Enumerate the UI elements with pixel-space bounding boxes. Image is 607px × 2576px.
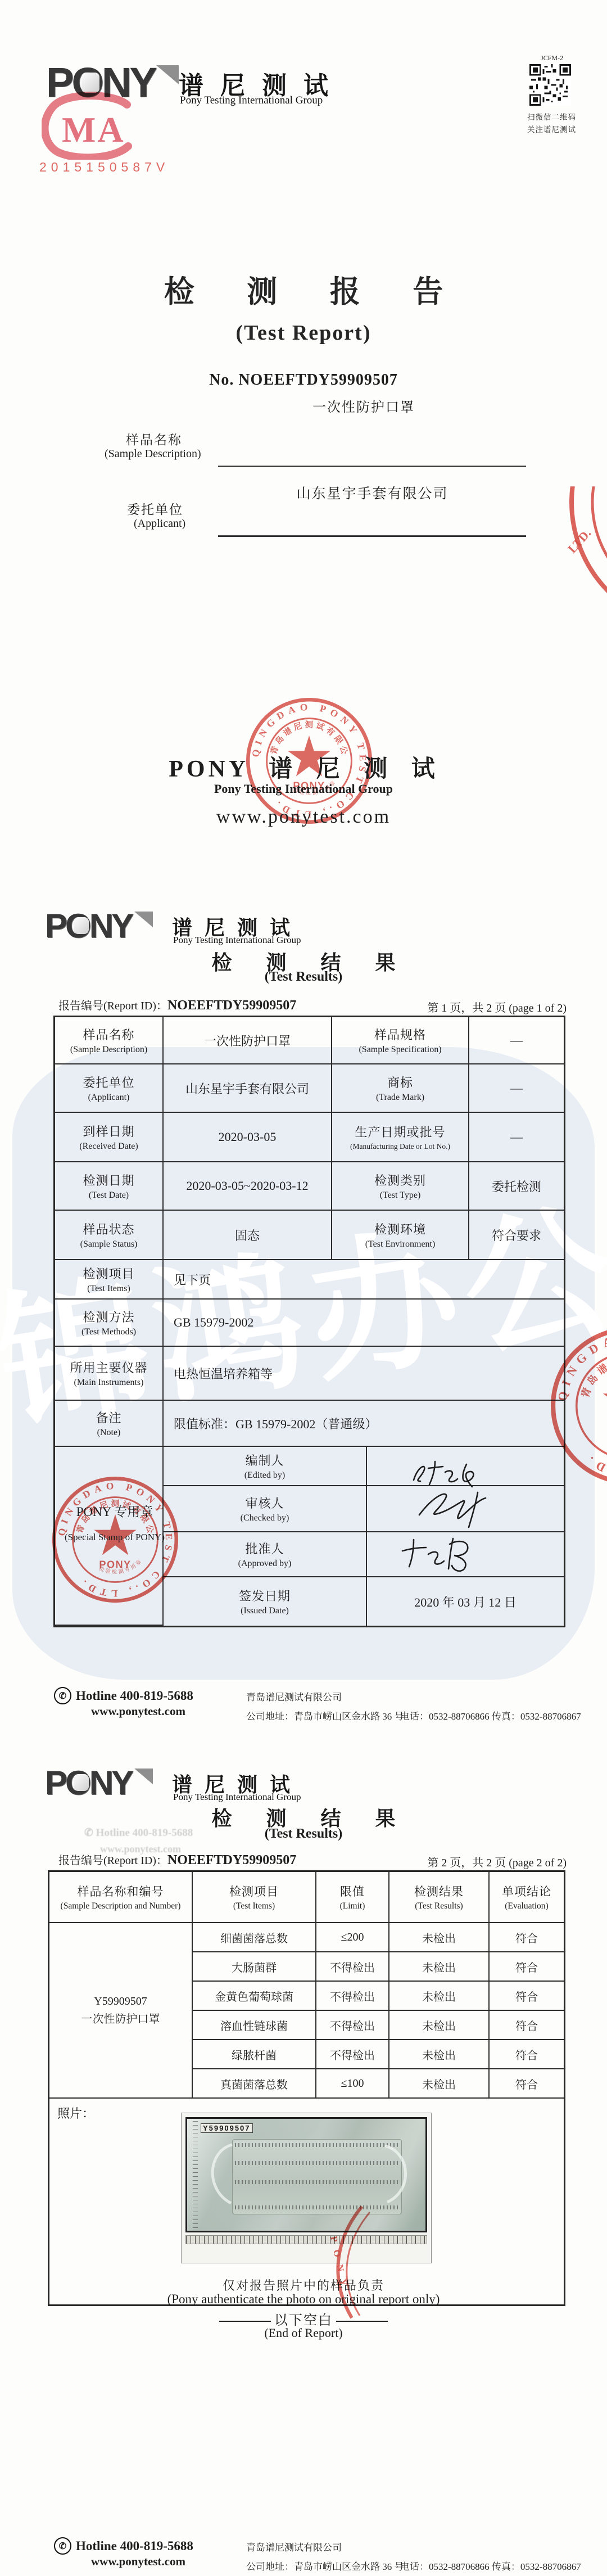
t2-r4-item: 溶血性链球菌 bbox=[193, 2011, 316, 2040]
report-number: No. NOEEFTDY59909507 bbox=[0, 371, 607, 389]
t1-r7-value: GB 15979-2002 bbox=[164, 1300, 564, 1347]
report-id-label: 报告编号(Report ID)： bbox=[58, 1855, 167, 1867]
special-stamp-caption: PONY 专用章 (Special Stamp of PONY) bbox=[58, 1501, 171, 1545]
t2-r2-item: 大肠菌群 bbox=[193, 1952, 316, 1982]
t1-r1-label: 样品名称(Sample Description) bbox=[55, 1017, 164, 1064]
qr-code-icon bbox=[529, 64, 571, 106]
t1-r5-label2: 检测环境(Test Environment) bbox=[332, 1211, 469, 1260]
t2-r6-result: 未检出 bbox=[389, 2069, 490, 2099]
t2-r1-limit: ≤200 bbox=[316, 1923, 389, 1952]
results-title-en-page2: (Test Results) bbox=[0, 969, 607, 985]
signature-checked-by bbox=[415, 1489, 510, 1531]
footer-hotline-text: Hotline 400-819-5688 bbox=[76, 2539, 193, 2554]
t2-r1-result: 未检出 bbox=[389, 1923, 490, 1952]
t2-r6-item: 真菌菌落总数 bbox=[193, 2069, 316, 2099]
applicant-underline bbox=[218, 535, 526, 537]
qr-caption-line2: 关注谱尼测试 bbox=[527, 124, 576, 136]
special-stamp-caption-en: (Special Stamp of PONY) bbox=[58, 1530, 171, 1545]
t2-r3-limit: 不得检出 bbox=[316, 1982, 389, 2011]
report-title-cn: 检 测 报 告 bbox=[0, 268, 607, 311]
photo-caption-en: (Pony authenticate the photo on original… bbox=[0, 2292, 607, 2307]
footer-website: www.ponytest.com bbox=[54, 1704, 223, 1718]
photo-horizontal-ruler bbox=[185, 2235, 427, 2244]
t1-r8-label: 所用主要仪器(Main Instruments) bbox=[55, 1347, 164, 1401]
sample-photo: Y59909507 bbox=[181, 2113, 432, 2263]
t2-r2-result: 未检出 bbox=[389, 1952, 490, 1982]
sample-underline bbox=[218, 466, 526, 467]
footer-company-page2: 青岛谱尼测试有限公司 bbox=[246, 1689, 342, 1703]
footer-hotline: ✆ Hotline 400-819-5688 bbox=[54, 2537, 223, 2555]
t1-r3-label2: 生产日期或批号(Manufacturing Date or Lot No.) bbox=[332, 1113, 469, 1162]
sample-label-cn: 样品名称 bbox=[126, 430, 182, 448]
t2-h3: 限值(Limit) bbox=[316, 1872, 389, 1923]
brand-line-bottom: PONY 谱 尼 测 试 bbox=[0, 750, 607, 784]
signature-edited-by bbox=[406, 1459, 496, 1490]
t1-r1-value2: — bbox=[469, 1017, 564, 1064]
pony-logo-o-hole bbox=[81, 73, 99, 93]
footer-website: www.ponytest.com bbox=[54, 2555, 223, 2569]
sig-r3-label: 批准人(Approved by) bbox=[164, 1532, 367, 1577]
t1-r4-label2: 检测类别(Test Type) bbox=[332, 1162, 469, 1211]
t2-r5-result: 未检出 bbox=[389, 2040, 490, 2069]
applicant-label-cn: 委托单位 bbox=[127, 499, 183, 518]
footer-phone-page3: 电话：0532-88706866 传真：0532-88706867 bbox=[400, 2559, 581, 2573]
t2-r4-eval: 符合 bbox=[490, 2011, 564, 2040]
t2-h5: 单项结论(Evaluation) bbox=[490, 1872, 564, 1923]
signature-approved-by bbox=[397, 1535, 509, 1572]
sig-r4-label: 签发日期(Issued Date) bbox=[164, 1577, 367, 1626]
sig-r2-label: 审核人(Checked by) bbox=[164, 1486, 367, 1532]
special-stamp-caption-cn: PONY 专用章 bbox=[58, 1501, 171, 1520]
t2-r5-item: 绿脓杆菌 bbox=[193, 2040, 316, 2069]
t1-r6-label: 检测项目(Test Items) bbox=[55, 1260, 164, 1300]
test-report-document: QINGDAO PONY TEST CO., LTD. 青岛谱尼测试有限公司 检… bbox=[0, 0, 607, 2576]
t1-r3-value2: — bbox=[469, 1113, 564, 1162]
t1-r4-label: 检测日期(Test Date) bbox=[55, 1162, 164, 1211]
t2-r2-eval: 符合 bbox=[490, 1952, 564, 1982]
photo-label: 照片： bbox=[57, 2104, 94, 2122]
cma-stamp: MA bbox=[42, 91, 137, 160]
t1-r9-value: 限值标准：GB 15979-2002（普通级） bbox=[164, 1401, 564, 1447]
edge-stamp-letters: LTD. bbox=[565, 526, 594, 556]
t2-r3-item: 金黄色葡萄球菌 bbox=[193, 1982, 316, 2011]
form-code: JCFM-2 bbox=[541, 54, 563, 62]
t1-r2-label2: 商标(Trade Mark) bbox=[332, 1064, 469, 1113]
t1-r2-label: 委托单位(Applicant) bbox=[55, 1064, 164, 1113]
dash-rule bbox=[219, 2321, 271, 2322]
report-title-en: (Test Report) bbox=[0, 321, 607, 345]
footer-phone-page2: 电话：0532-88706866 传真：0532-88706867 bbox=[400, 1708, 581, 1722]
t2-r3-eval: 符合 bbox=[490, 1982, 564, 2011]
t1-r3-value: 2020-03-05 bbox=[164, 1113, 332, 1162]
t1-r6-value: 见下页 bbox=[164, 1260, 564, 1300]
photo-stamp-arc: PONY bbox=[308, 2203, 370, 2321]
report-id-line-page2: 报告编号(Report ID)：NOEEFTDY59909507 bbox=[58, 996, 296, 1013]
sample-label-en: (Sample Description) bbox=[105, 448, 201, 461]
brand-subtitle-page3: Pony Testing International Group bbox=[173, 1792, 301, 1803]
pony-round-stamp-right-partial bbox=[548, 1324, 607, 1487]
t1-r1-label2: 样品规格(Sample Specification) bbox=[332, 1017, 469, 1064]
t2-h4: 检测结果(Test Results) bbox=[389, 1872, 490, 1923]
t2-h2: 检测项目(Test Items) bbox=[193, 1872, 316, 1923]
t1-r5-value: 固态 bbox=[164, 1211, 332, 1260]
t1-r2-value: 山东星宇手套有限公司 bbox=[164, 1064, 332, 1113]
photo-sample-tag: Y59909507 bbox=[201, 2123, 253, 2133]
summary-table-grid: 样品名称(Sample Description) 一次性防护口罩 样品规格(Sa… bbox=[55, 1017, 564, 1447]
t1-r3-label: 到样日期(Received Date) bbox=[55, 1113, 164, 1162]
cma-certificate-number: 2015150587V bbox=[39, 160, 169, 175]
footer-page2: ✆ Hotline 400-819-5688 www.ponytest.com bbox=[54, 1687, 223, 1718]
report-id-value: NOEEFTDY59909507 bbox=[167, 998, 296, 1013]
t2-sample-cell: Y59909507 一次性防护口罩 bbox=[49, 1923, 193, 2099]
footer-hotline: ✆ Hotline 400-819-5688 bbox=[54, 1687, 223, 1704]
cma-stamp-text: MA bbox=[62, 110, 125, 150]
t1-r1-value: 一次性防护口罩 bbox=[164, 1017, 332, 1064]
pony-logo-o-hole bbox=[74, 917, 89, 934]
sample-photo-image: Y59909507 bbox=[185, 2117, 427, 2232]
end-of-report: (End of Report) bbox=[0, 2326, 607, 2340]
t1-r8-value: 电热恒温培养箱等 bbox=[164, 1347, 564, 1401]
footer-company-page3: 青岛谱尼测试有限公司 bbox=[246, 2539, 342, 2554]
t2-r5-eval: 符合 bbox=[490, 2040, 564, 2069]
t2-h1: 样品名称和编号(Sample Description and Number) bbox=[49, 1872, 193, 1923]
t2-r2-limit: 不得检出 bbox=[316, 1952, 389, 1982]
t2-r3-result: 未检出 bbox=[389, 1982, 490, 2011]
footer-hotline-text: Hotline 400-819-5688 bbox=[76, 1689, 193, 1703]
qr-caption-line1: 扫微信二维码 bbox=[527, 111, 576, 124]
sig-r1-label: 编制人(Edited by) bbox=[164, 1447, 367, 1486]
brand-subtitle: Pony Testing International Group bbox=[180, 94, 323, 107]
page-info-page3: 第 2 页，共 2 页 (page 2 of 2) bbox=[427, 1853, 567, 1870]
brand-subtitle-page2: Pony Testing International Group bbox=[173, 935, 301, 946]
pony-logo-o-hole bbox=[74, 1774, 89, 1791]
t2-r6-eval: 符合 bbox=[490, 2069, 564, 2099]
t1-r5-label: 样品状态(Sample Status) bbox=[55, 1211, 164, 1260]
edge-stamp-partial: LTD. bbox=[551, 486, 607, 604]
pony-logo-triangle-icon bbox=[134, 1769, 153, 1784]
t1-r5-value2: 符合要求 bbox=[469, 1211, 564, 1260]
footer-page3: ✆ Hotline 400-819-5688 www.ponytest.com bbox=[54, 2537, 223, 2569]
applicant-label-en: (Applicant) bbox=[134, 517, 185, 530]
t2-r6-limit: ≤100 bbox=[316, 2069, 389, 2099]
pony-logo-triangle-icon bbox=[134, 912, 153, 927]
phone-icon: ✆ bbox=[54, 1687, 71, 1704]
qr-caption: 扫微信二维码 关注谱尼测试 bbox=[527, 111, 576, 136]
t2-r1-item: 细菌菌落总数 bbox=[193, 1923, 316, 1952]
t1-r4-value: 2020-03-05~2020-03-12 bbox=[164, 1162, 332, 1211]
t2-r1-eval: 符合 bbox=[490, 1923, 564, 1952]
photo-caption-cn: 仅对报告照片中的样品负责 bbox=[0, 2276, 607, 2294]
report-id-label: 报告编号(Report ID)： bbox=[58, 1000, 167, 1012]
ghost-print-website: www.ponytest.com bbox=[100, 1843, 181, 1855]
t2-r4-result: 未检出 bbox=[389, 2011, 490, 2040]
footer-address-page2: 公司地址：青岛市崂山区金水路 36 号 bbox=[246, 1708, 404, 1722]
t1-r7-label: 检测方法(Test Methods) bbox=[55, 1300, 164, 1347]
t1-r2-value2: — bbox=[469, 1064, 564, 1113]
brand-sub-bottom: Pony Testing International Group bbox=[0, 782, 607, 796]
t1-r4-value2: 委托检测 bbox=[469, 1162, 564, 1211]
t2-r4-limit: 不得检出 bbox=[316, 2011, 389, 2040]
photo-vertical-ruler bbox=[193, 2121, 198, 2228]
report-id-value: NOEEFTDY59909507 bbox=[167, 1853, 296, 1867]
sig-r4-value: 2020 年 03 月 12 日 bbox=[367, 1577, 564, 1626]
pony-logo-triangle-icon bbox=[156, 65, 179, 84]
ghost-print-hotline: ✆ Hotline 400-819-5688 bbox=[84, 1826, 193, 1839]
footer-address-page3: 公司地址：青岛市崂山区金水路 36 号 bbox=[246, 2559, 404, 2573]
website-url: www.ponytest.com bbox=[0, 806, 607, 828]
phone-icon: ✆ bbox=[54, 2537, 71, 2555]
page-info-page2: 第 1 页，共 2 页 (page 1 of 2) bbox=[427, 999, 567, 1015]
applicant-value: 山东星宇手套有限公司 bbox=[219, 482, 526, 503]
t2-r5-limit: 不得检出 bbox=[316, 2040, 389, 2069]
t1-r9-label: 备注(Note) bbox=[55, 1401, 164, 1447]
sample-name-value: 一次性防护口罩 bbox=[312, 396, 415, 416]
